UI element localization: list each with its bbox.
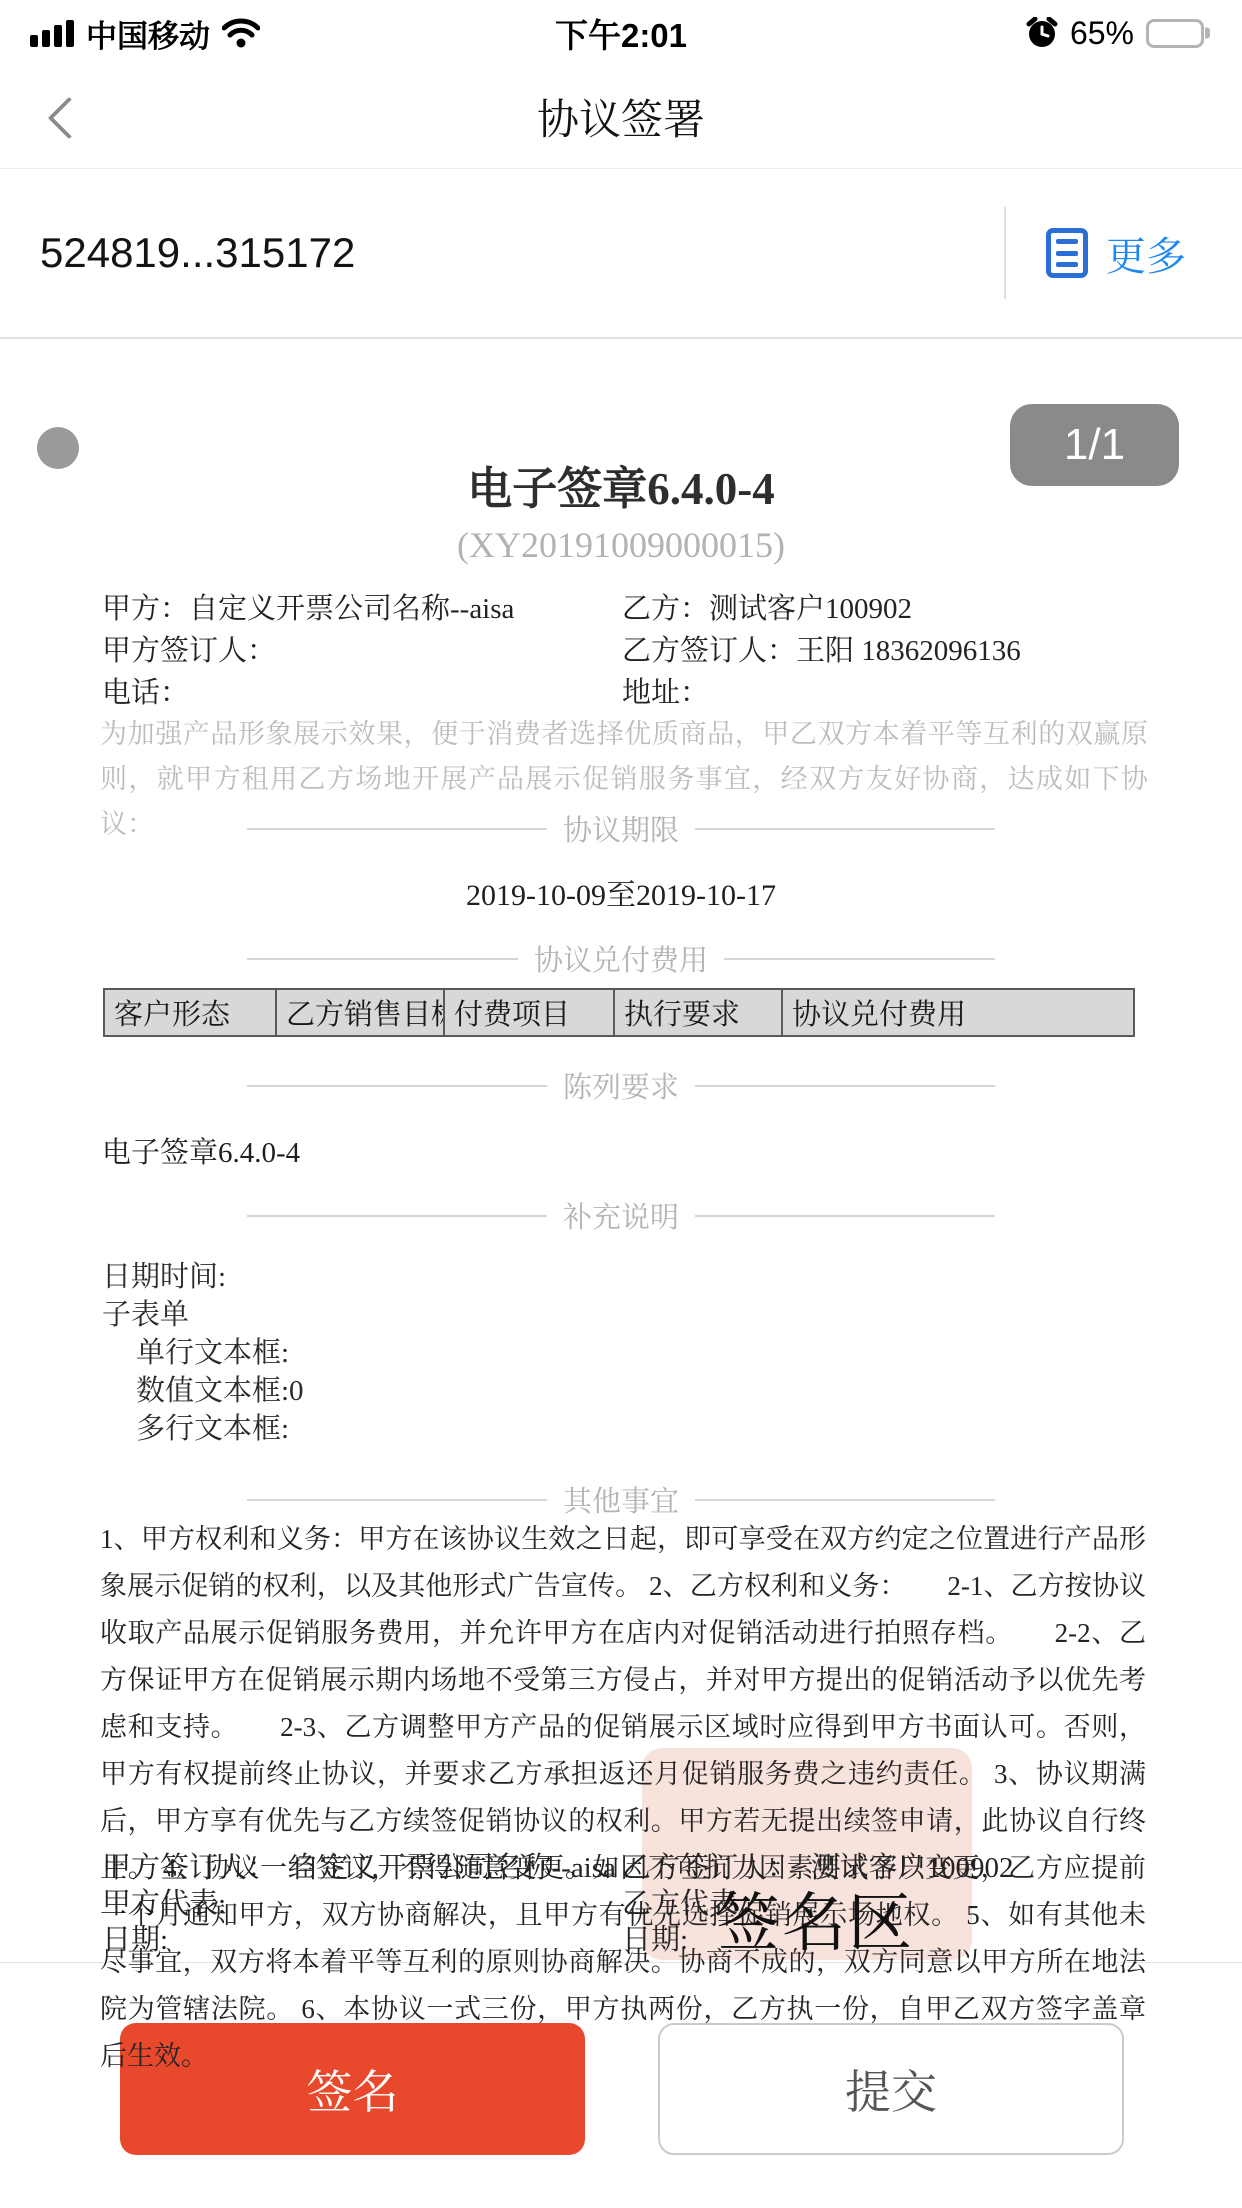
divider-line <box>247 958 518 960</box>
nav-bar: 协议签署 <box>0 66 1242 168</box>
supplement-line: 子表单 <box>102 1296 304 1334</box>
sig-a-date: 日期: <box>102 1922 622 1958</box>
section-divider-supplement: 补充说明 <box>247 1195 995 1236</box>
supplement-line: 数值文本框:0 <box>102 1372 304 1410</box>
back-button[interactable] <box>40 92 96 148</box>
fee-table-header: 付费项目 <box>445 990 615 1035</box>
agreement-date-range: 2019-10-09至2019-10-17 <box>0 870 1242 914</box>
divider-line <box>247 1085 547 1087</box>
divider-line <box>724 958 995 960</box>
divider-line <box>247 828 547 830</box>
carrier-label: 中国移动 <box>86 11 210 56</box>
display-requirement-value: 电子签章6.4.0-4 <box>102 1130 300 1171</box>
divider-line <box>247 1499 547 1501</box>
party-b-name: 乙方：测试客户100902 <box>622 588 1182 630</box>
divider-line <box>247 1215 547 1217</box>
divider-line <box>695 1499 995 1501</box>
section-label-term: 协议期限 <box>563 808 679 849</box>
page-title: 协议签署 <box>537 87 705 147</box>
section-divider-display: 陈列要求 <box>247 1065 995 1106</box>
doc-id: 524819...315172 <box>40 229 1004 277</box>
party-a-name: 甲方：自定义开票公司名称--aisa <box>102 588 622 630</box>
signature-zone-label: 签名区 <box>716 1872 914 1964</box>
more-label: 更多 <box>1106 225 1186 282</box>
party-a-signer: 甲方签订人： <box>102 630 622 672</box>
status-right: 65% <box>1026 15 1212 52</box>
sig-a-signer: 甲方签订人： 自定义开票公司名称--aisa <box>102 1850 622 1886</box>
document-preview[interactable]: 1/1 电子签章6.4.0-4 (XY20191009000015) 甲方：自定… <box>0 340 1242 1962</box>
fee-table-header: 执行要求 <box>615 990 783 1035</box>
battery-percent: 65% <box>1070 15 1134 52</box>
party-a-phone: 电话： <box>102 672 622 714</box>
terms-paragraph: 1、甲方权利和义务：甲方在该协议生效之日起，即可享受在双方约定之位置进行产品形象… <box>100 1516 1146 2080</box>
fee-table-header: 客户形态 <box>105 990 277 1035</box>
divider-line <box>695 1215 995 1217</box>
chevron-left-icon <box>48 97 90 139</box>
fee-table-header: 协议兑付费用 <box>783 990 1133 1035</box>
section-divider-term: 协议期限 <box>247 808 995 849</box>
document-subtitle: (XY20191009000015) <box>0 524 1242 566</box>
divider-line <box>695 1085 995 1087</box>
signature-party-a: 甲方签订人： 自定义开票公司名称--aisa 甲方代表: 日期: <box>102 1850 622 1958</box>
section-label-other: 其他事宜 <box>563 1479 679 1520</box>
alarm-clock-icon <box>1026 17 1058 49</box>
divider-line <box>695 828 995 830</box>
party-b-signer: 乙方签订人：王阳 18362096136 <box>622 630 1182 672</box>
screen: 中国移动 下午2:01 65% <box>0 0 1242 2208</box>
wifi-icon <box>222 18 260 48</box>
status-bar: 中国移动 下午2:01 65% <box>0 0 1242 66</box>
supplement-line: 多行文本框: <box>102 1410 304 1448</box>
party-b-address: 地址： <box>622 672 1182 714</box>
vertical-divider <box>1004 207 1006 299</box>
party-info: 甲方：自定义开票公司名称--aisa 甲方签订人： 电话： 乙方：测试客户100… <box>102 588 1182 714</box>
battery-icon <box>1146 19 1204 48</box>
signature-block: 甲方签订人： 自定义开票公司名称--aisa 甲方代表: 日期: 乙方签订人： … <box>102 1850 1182 1958</box>
sig-a-rep: 甲方代表: <box>102 1886 622 1922</box>
doc-id-row: 524819...315172 更多 <box>0 168 1242 339</box>
fee-table-header-row: 客户形态 乙方销售目标 付费项目 执行要求 协议兑付费用 <box>103 988 1135 1037</box>
more-button[interactable]: 更多 <box>1046 225 1186 282</box>
document-title: 电子签章6.4.0-4 <box>0 452 1242 517</box>
section-label-display: 陈列要求 <box>563 1065 679 1106</box>
supplement-line: 日期时间: <box>102 1258 304 1296</box>
party-a-column: 甲方：自定义开票公司名称--aisa 甲方签订人： 电话： <box>102 588 622 714</box>
status-left: 中国移动 <box>30 11 260 56</box>
document-list-icon <box>1046 228 1088 278</box>
section-label-supplement: 补充说明 <box>563 1195 679 1236</box>
section-divider-other: 其他事宜 <box>247 1479 995 1520</box>
cell-signal-icon <box>30 20 74 47</box>
section-label-fee: 协议兑付费用 <box>534 938 708 979</box>
fee-table-header: 乙方销售目标 <box>277 990 445 1035</box>
section-divider-fee: 协议兑付费用 <box>247 938 995 979</box>
supplement-block: 日期时间: 子表单 单行文本框: 数值文本框:0 多行文本框: <box>102 1258 304 1448</box>
party-b-column: 乙方：测试客户100902 乙方签订人：王阳 18362096136 地址： <box>622 588 1182 714</box>
status-time: 下午2:01 <box>555 10 687 57</box>
supplement-line: 单行文本框: <box>102 1334 304 1372</box>
